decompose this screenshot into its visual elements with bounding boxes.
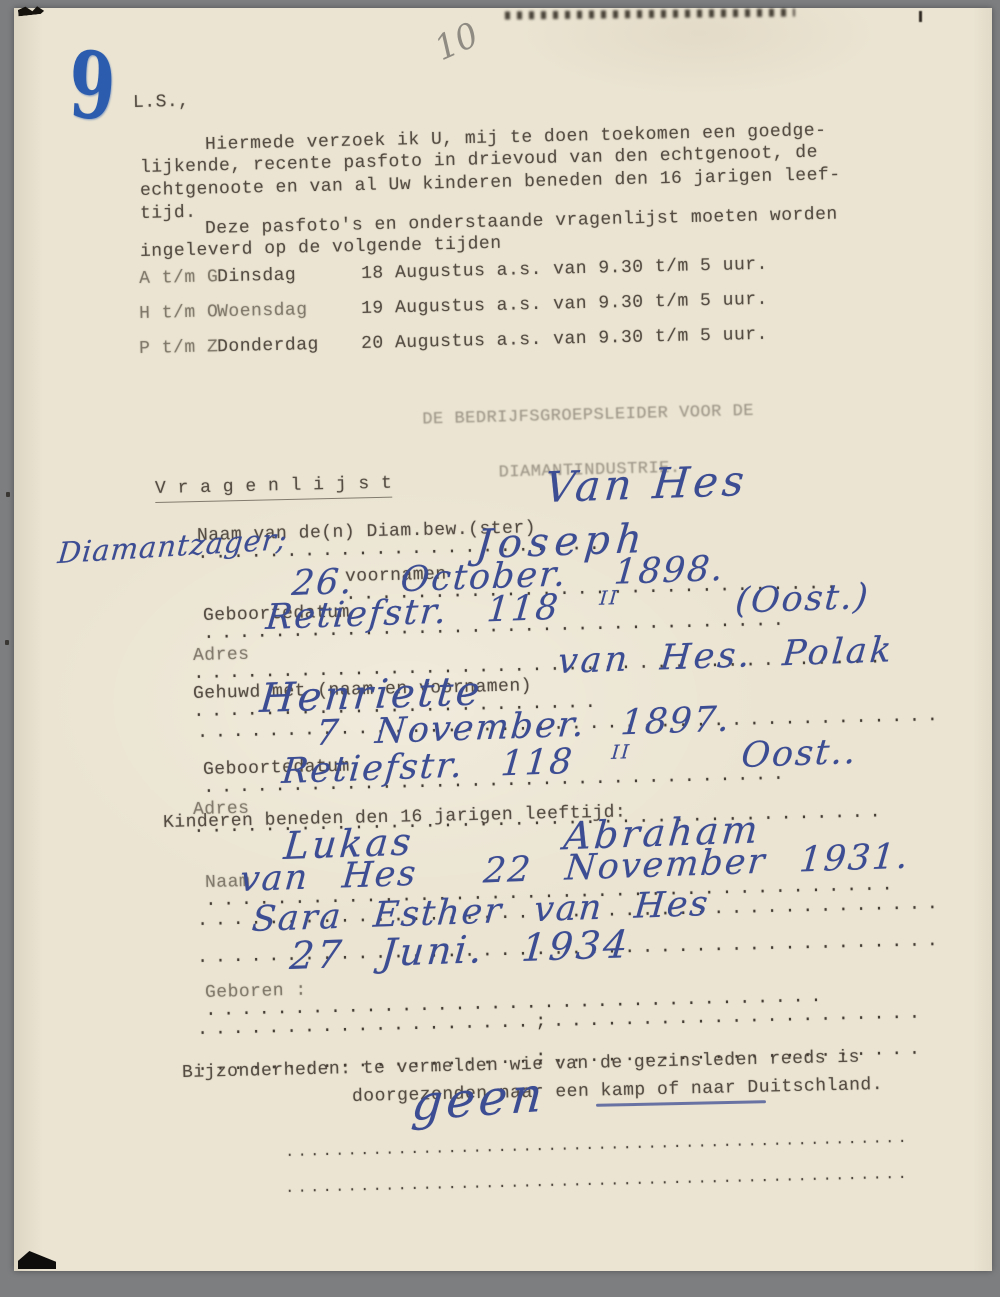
salutation: L.S., (133, 93, 190, 112)
signer-line: DE BEDRIJFSGROEPSLEIDER VOOR DE (403, 402, 773, 429)
schedule-group: A t/m G (139, 268, 219, 288)
pencil-page-number: 10 (429, 15, 485, 69)
scan-speck (5, 640, 9, 645)
ink-tick-mark (919, 11, 922, 22)
schedule-day: Woensdag (217, 301, 308, 321)
schedule-day: Dinsdag (217, 266, 297, 286)
scan-speck (6, 492, 10, 497)
schedule-group: H t/m O (139, 303, 219, 323)
scanned-document-page: { "annotations": { "corner_number": "9",… (0, 0, 1000, 1297)
schedule-day: Donderdag (217, 336, 319, 356)
letter-body-line: Deze pasfoto's en onderstaande vragenlij… (205, 206, 838, 238)
corner-ink-mark-top-left (18, 5, 45, 17)
pen-flourish-stroke (596, 1100, 766, 1106)
dotted-line: ........................................… (285, 1166, 910, 1197)
letter-body-line: ingeleverd op de volgende tijden (140, 235, 502, 261)
corner-ink-mark-bottom-left (18, 1251, 56, 1269)
document-paper: 9 10 L.S., Hiermede verzoek ik U, mij te… (14, 8, 992, 1271)
schedule-group: P t/m Z (139, 338, 219, 358)
handwritten-name: Van Hes (543, 456, 750, 512)
letter-body-line: tijd. (140, 204, 197, 223)
schedule-details: 18 Augustus a.s. van 9.30 t/m 5 uur. (361, 256, 768, 283)
form-title: V r a g e n l i j s t (155, 474, 393, 503)
crayon-number: 9 (67, 30, 118, 142)
handwritten-remarks-answer: geen (410, 1066, 549, 1132)
ink-transfer-smudge (505, 8, 795, 19)
